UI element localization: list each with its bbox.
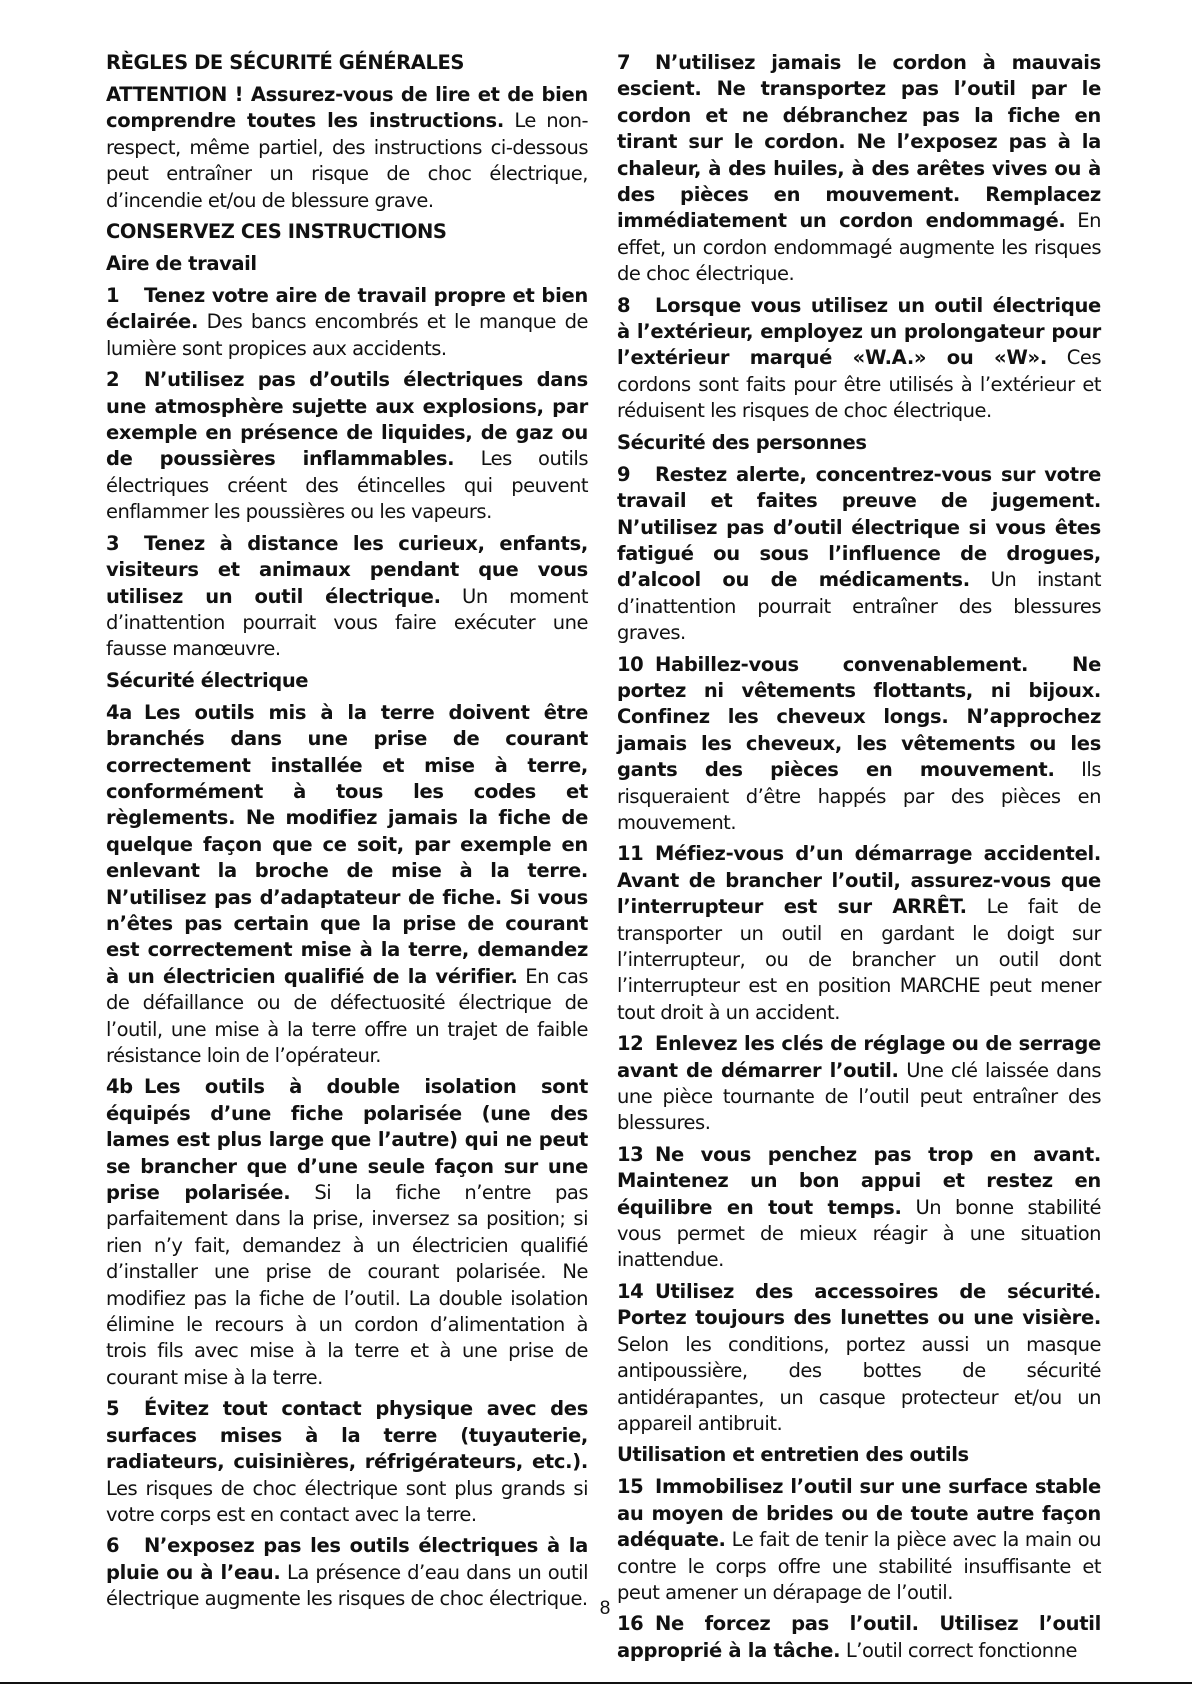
rule-text: Selon les conditions, portez aussi un ma… [617, 1333, 1101, 1435]
rule-number: 7 [617, 50, 655, 76]
rule-bold: Utilisez des accessoires de sécurité. Po… [617, 1280, 1101, 1329]
rule-item-10: 10Habillez-vous convenablement. Ne porte… [617, 652, 1101, 837]
rule-number: 11 [617, 841, 655, 867]
rule-number: 13 [617, 1142, 655, 1168]
rule-bold: N’utilisez jamais le cordon à mauvais es… [617, 51, 1101, 232]
rule-item-5: 5Évitez tout contact physique avec des s… [106, 1396, 588, 1528]
rule-bold: Évitez tout contact physique avec des su… [106, 1397, 588, 1473]
rule-number: 14 [617, 1279, 655, 1305]
rule-item-4a: 4aLes outils mis à la terre doivent être… [106, 700, 588, 1070]
rule-number: 4b [106, 1074, 144, 1100]
rule-bold: Les outils mis à la terre doivent être b… [106, 701, 588, 988]
rule-number: 4a [106, 700, 144, 726]
attention-paragraph: ATTENTION ! Assurez-vous de lire et de b… [106, 82, 588, 214]
rule-item-1: 1Tenez votre aire de travail propre et b… [106, 283, 588, 362]
rule-number: 5 [106, 1396, 144, 1422]
rule-item-8: 8Lorsque vous utilisez un outil électriq… [617, 293, 1101, 425]
section-heading-tool-use: Utilisation et entretien des outils [617, 1442, 1101, 1468]
keep-instructions-heading: CONSERVEZ CES INSTRUCTIONS [106, 219, 588, 245]
page-title: RÈGLES DE SÉCURITÉ GÉNÉRALES [106, 50, 588, 76]
section-heading-work-area: Aire de travail [106, 251, 588, 277]
rule-item-14: 14Utilisez des accessoires de sécurité. … [617, 1279, 1101, 1437]
rule-number: 8 [617, 293, 655, 319]
rule-item-13: 13Ne vous penchez pas trop en avant. Mai… [617, 1142, 1101, 1274]
section-heading-electrical: Sécurité électrique [106, 668, 588, 694]
rule-item-7: 7N’utilisez jamais le cordon à mauvais e… [617, 50, 1101, 288]
rule-text: Les risques de choc électrique sont plus… [106, 1477, 588, 1526]
right-column: 7N’utilisez jamais le cordon à mauvais e… [617, 50, 1101, 1669]
rule-item-2: 2N’utilisez pas d’outils électriques dan… [106, 367, 588, 525]
rule-number: 10 [617, 652, 655, 678]
rule-number: 2 [106, 367, 144, 393]
section-heading-personal-safety: Sécurité des personnes [617, 430, 1101, 456]
rule-bold: Lorsque vous utilisez un outil électriqu… [617, 294, 1101, 370]
rule-item-15: 15Immobilisez l’outil sur une surface st… [617, 1474, 1101, 1606]
rule-item-12: 12Enlevez les clés de réglage ou de serr… [617, 1031, 1101, 1137]
rule-item-3: 3Tenez à distance les curieux, enfants, … [106, 531, 588, 663]
bottom-divider [0, 1682, 1192, 1684]
rule-number: 1 [106, 283, 144, 309]
rule-text: L’outil correct fonctionne [840, 1639, 1077, 1662]
rule-item-9: 9Restez alerte, concentrez-vous sur votr… [617, 462, 1101, 647]
rule-text: Si la fiche n’entre pas parfaitement dan… [106, 1181, 588, 1389]
rule-number: 15 [617, 1474, 655, 1500]
left-column: RÈGLES DE SÉCURITÉ GÉNÉRALES ATTENTION !… [106, 50, 588, 1618]
rule-item-4b: 4bLes outils à double isolation sont équ… [106, 1074, 588, 1391]
rule-bold: Habillez-vous convenablement. Ne portez … [617, 653, 1101, 782]
page-number: 8 [0, 1598, 1192, 1620]
rule-item-11: 11Méfiez-vous d’un démarrage accidentel.… [617, 841, 1101, 1026]
rule-number: 6 [106, 1533, 144, 1559]
rule-number: 9 [617, 462, 655, 488]
rule-number: 12 [617, 1031, 655, 1057]
rule-number: 3 [106, 531, 144, 557]
